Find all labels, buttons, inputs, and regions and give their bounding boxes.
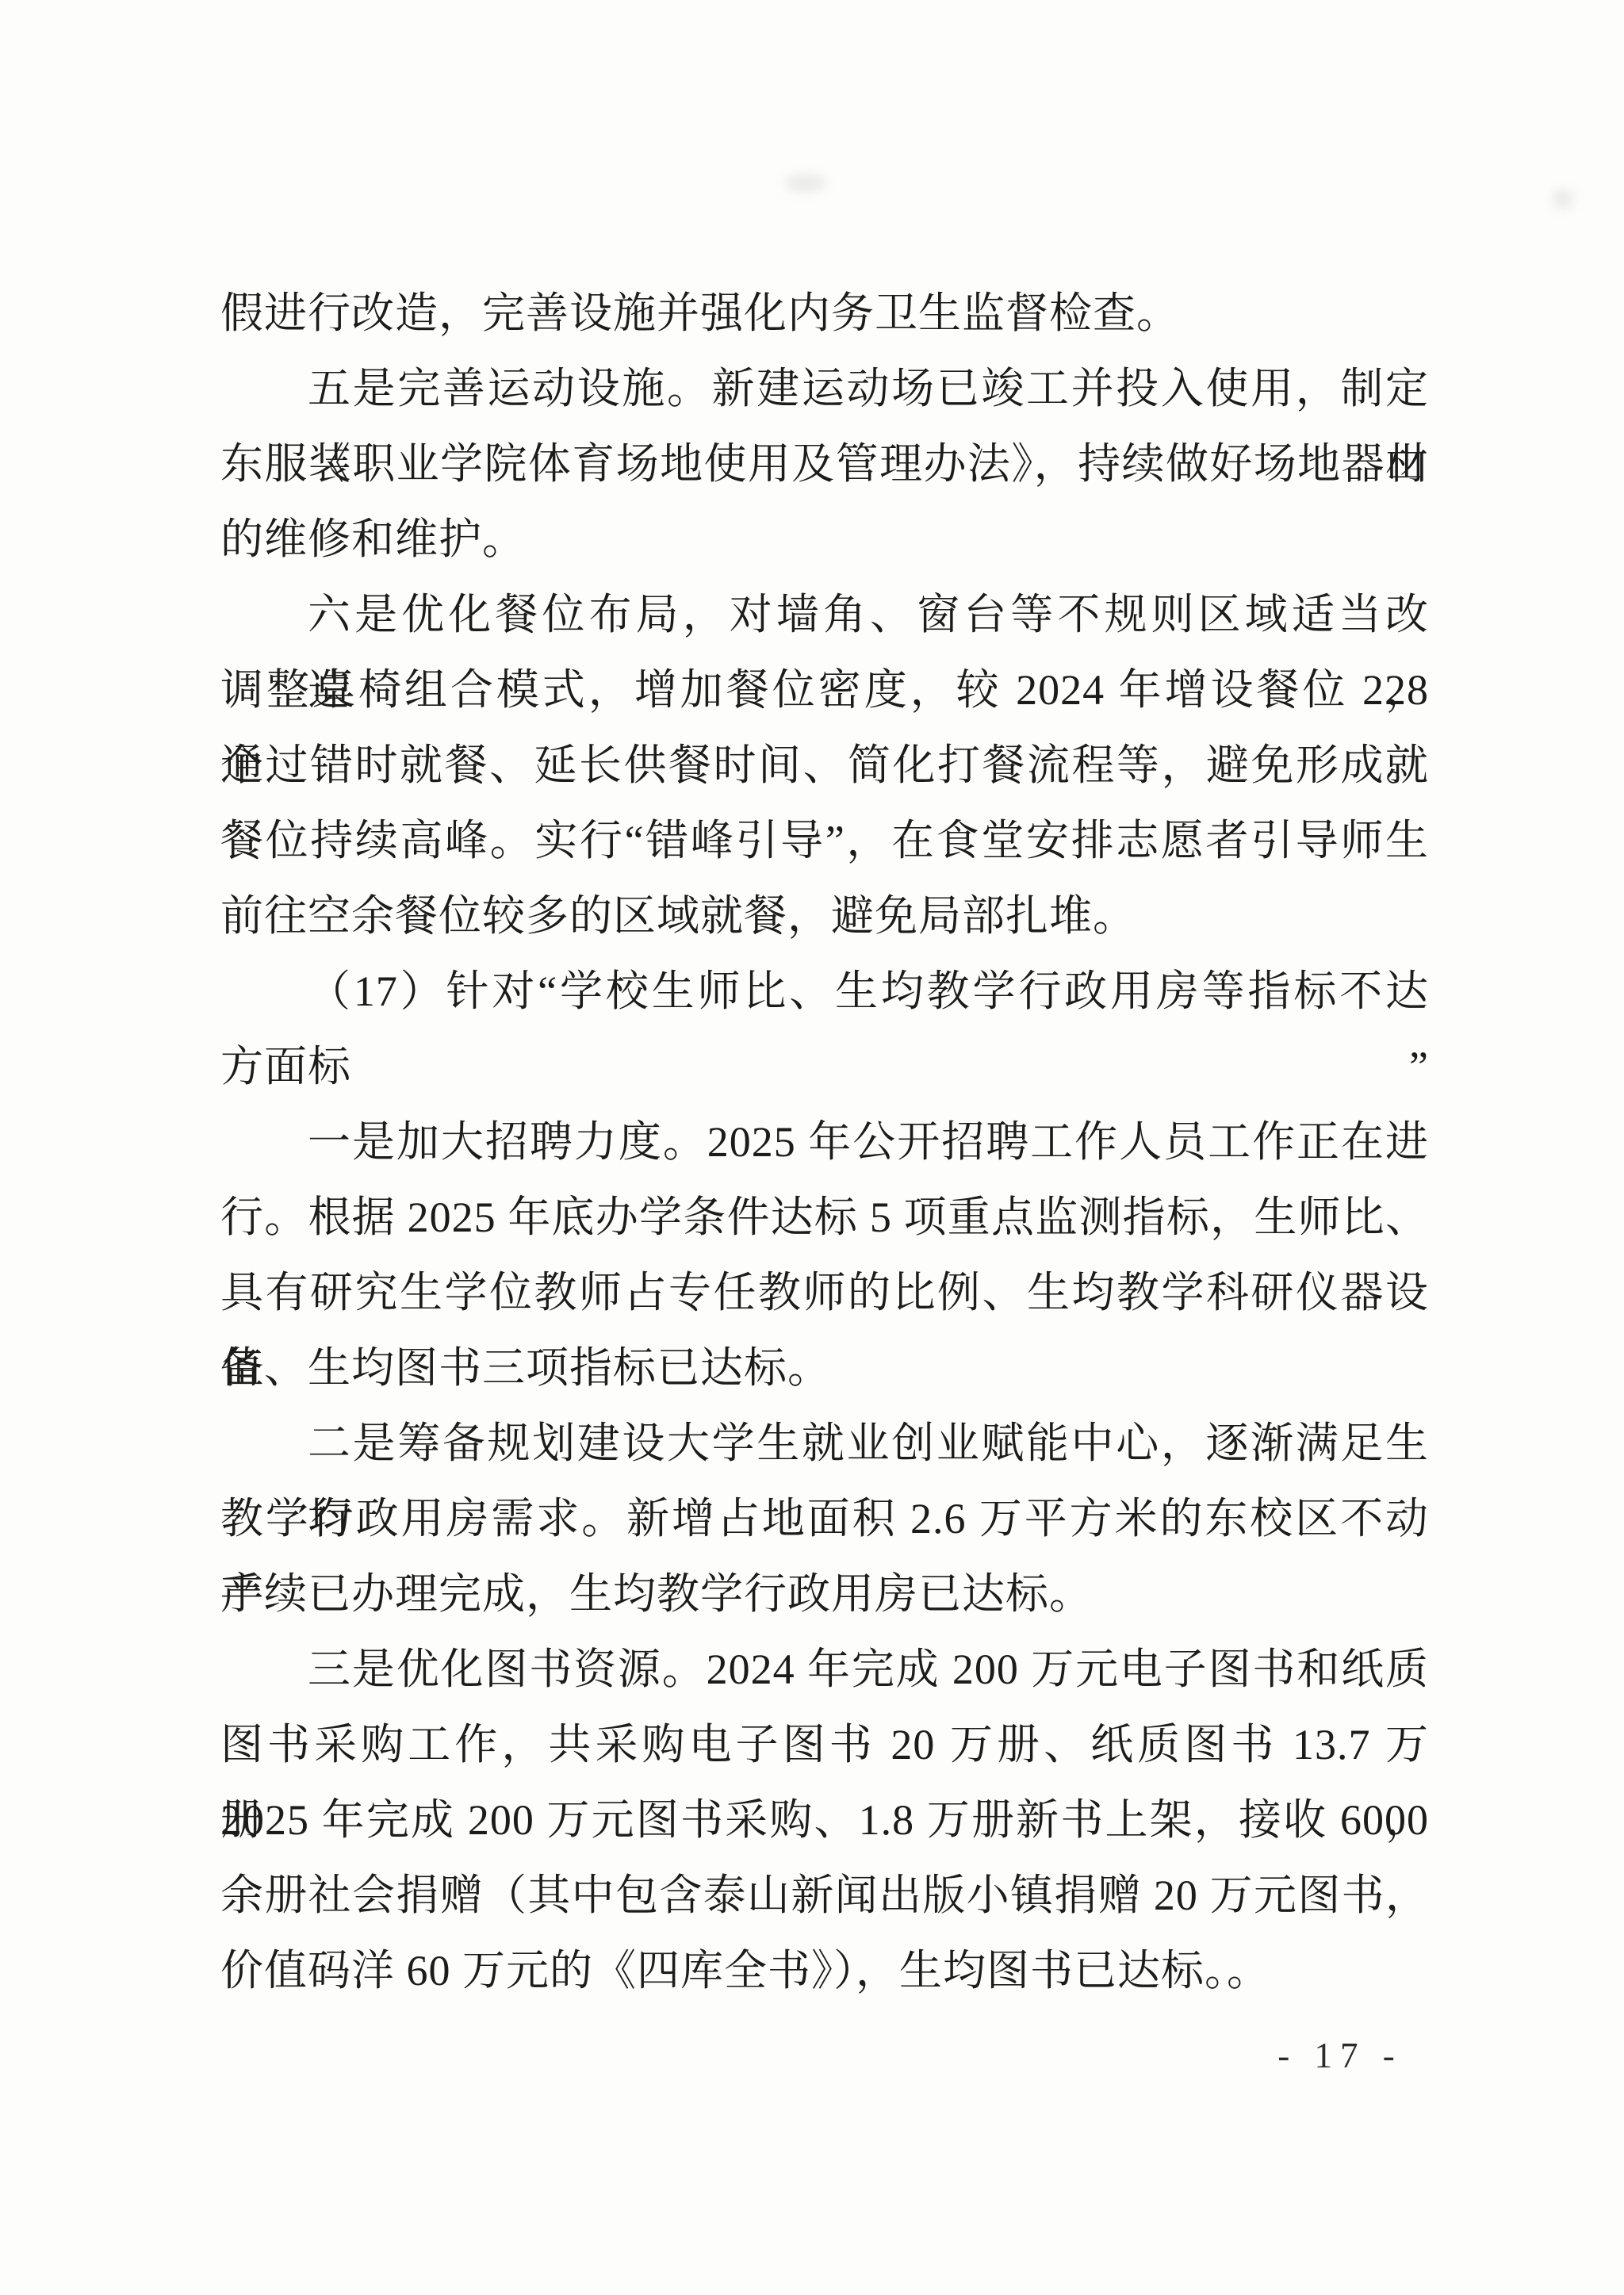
text-line: 东服装职业学院体育场地使用及管理办法》，持续做好场地器材 (220, 427, 1429, 502)
text-line: 2025 年完成 200 万元图书采购、1.8 万册新书上架，接收 6000 (220, 1783, 1429, 1858)
text-line: 调整桌椅组合模式，增加餐位密度，较 2024 年增设餐位 228 个。 (220, 653, 1429, 728)
text-line: 图书采购工作，共采购电子图书 20 万册、纸质图书 13.7 万册， (220, 1707, 1429, 1783)
scan-artifact (785, 174, 826, 192)
text-line: （17）针对“学校生师比、生均教学行政用房等指标不达标” (220, 954, 1429, 1029)
text-line: 六是优化餐位布局，对墙角、窗台等不规则区域适当改造， (220, 577, 1429, 653)
text-line: 值、生均图书三项指标已达标。 (220, 1331, 1429, 1406)
text-line: 的维修和维护。 (220, 502, 1429, 577)
page-number: - 17 - (1237, 2032, 1443, 2079)
text-line: 假进行改造，完善设施并强化内务卫生监督检查。 (220, 276, 1429, 351)
text-line: 具有研究生学位教师占专任教师的比例、生均教学科研仪器设备 (220, 1255, 1429, 1331)
text-line: 行。根据 2025 年底办学条件达标 5 项重点监测指标，生师比、 (220, 1180, 1429, 1255)
text-line: 教学行政用房需求。新增占地面积 2.6 万平方米的东校区不动产 (220, 1481, 1429, 1557)
text-line: 一是加大招聘力度。2025 年公开招聘工作人员工作正在进 (220, 1105, 1429, 1180)
scan-artifact (1553, 189, 1573, 209)
text-line: 五是完善运动设施。新建运动场已竣工并投入使用，制定《山 (220, 351, 1429, 427)
text-line: 餐位持续高峰。实行“错峰引导”，在食堂安排志愿者引导师生 (220, 803, 1429, 879)
text-line: 二是筹备规划建设大学生就业创业赋能中心，逐渐满足生均 (220, 1406, 1429, 1481)
text-line: 三是优化图书资源。2024 年完成 200 万元电子图书和纸质 (220, 1632, 1429, 1707)
text-line: 通过错时就餐、延长供餐时间、简化打餐流程等，避免形成就餐 (220, 728, 1429, 803)
text-line: 价值码洋 60 万元的《四库全书》），生均图书已达标。。 (220, 1933, 1429, 2009)
text-line: 余册社会捐赠（其中包含泰山新闻出版小镇捐赠 20 万元图书， (220, 1858, 1429, 1933)
text-line: 前往空余餐位较多的区域就餐，避免局部扎堆。 (220, 879, 1429, 954)
text-line: 手续已办理完成，生均教学行政用房已达标。 (220, 1557, 1429, 1632)
body-text: 假进行改造，完善设施并强化内务卫生监督检查。五是完善运动设施。新建运动场已竣工并… (220, 276, 1429, 2009)
document-page: 假进行改造，完善设施并强化内务卫生监督检查。五是完善运动设施。新建运动场已竣工并… (0, 0, 1624, 2295)
